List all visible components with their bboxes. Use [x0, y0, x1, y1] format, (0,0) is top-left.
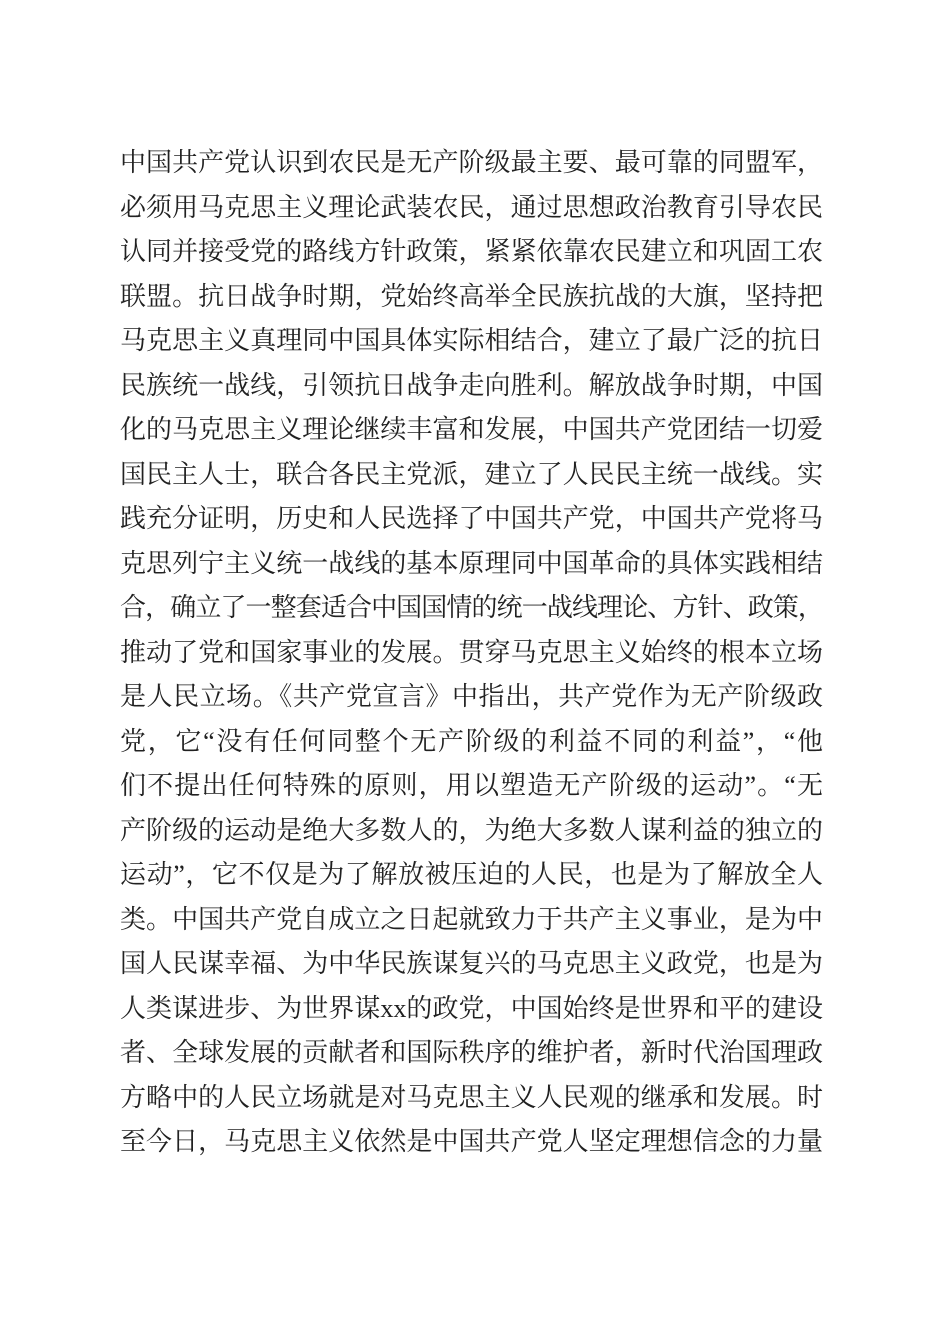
paragraph-text-block: 中国共产党认识到农民是无产阶级最主要、最可靠的同盟军， 必须用马克思主义理论武装… [120, 141, 823, 1165]
text-line: 人类谋进步、为世界谋xx的政党，中国始终是世界和平的建设 [120, 987, 823, 1032]
text-line: 马克思主义真理同中国具体实际相结合，建立了最广泛的抗日 [120, 319, 823, 364]
text-line: 国人民谋幸福、为中华民族谋复兴的马克思主义政党，也是为 [120, 942, 823, 987]
text-line: 是人民立场。《共产党宣言》中指出，共产党作为无产阶级政 [120, 675, 823, 720]
text-line: 类。中国共产党自成立之日起就致力于共产主义事业，是为中 [120, 898, 823, 943]
text-line: 必须用马克思主义理论武装农民，通过思想政治教育引导农民 [120, 186, 823, 231]
text-line: 国民主人士，联合各民主党派，建立了人民民主统一战线。实 [120, 453, 823, 498]
text-line: 至今日，马克思主义依然是中国共产党人坚定理想信念的力量 [120, 1120, 823, 1165]
text-line: 方略中的人民立场就是对马克思主义人民观的继承和发展。时 [120, 1076, 823, 1121]
text-line: 克思列宁主义统一战线的基本原理同中国革命的具体实践相结 [120, 542, 823, 587]
text-line: 推动了党和国家事业的发展。贯穿马克思主义始终的根本立场 [120, 631, 823, 676]
text-line: 合，确立了一整套适合中国国情的统一战线理论、方针、政策， [120, 586, 823, 631]
text-line: 认同并接受党的路线方针政策，紧紧依靠农民建立和巩固工农 [120, 230, 823, 275]
document-page: 中国共产党认识到农民是无产阶级最主要、最可靠的同盟军， 必须用马克思主义理论武装… [0, 0, 950, 1344]
text-line: 们不提出任何特殊的原则，用以塑造无产阶级的运动”。“无 [120, 764, 823, 809]
text-line: 化的马克思主义理论继续丰富和发展，中国共产党团结一切爱 [120, 408, 823, 453]
text-line: 践充分证明，历史和人民选择了中国共产党，中国共产党将马 [120, 497, 823, 542]
text-line: 中国共产党认识到农民是无产阶级最主要、最可靠的同盟军， [120, 141, 823, 186]
text-line: 运动”，它不仅是为了解放被压迫的人民，也是为了解放全人 [120, 853, 823, 898]
text-line: 产阶级的运动是绝大多数人的，为绝大多数人谋利益的独立的 [120, 809, 823, 854]
text-line: 党，它“没有任何同整个无产阶级的利益不同的利益”，“他 [120, 720, 823, 765]
text-line: 民族统一战线，引领抗日战争走向胜利。解放战争时期，中国 [120, 364, 823, 409]
text-line: 联盟。抗日战争时期，党始终高举全民族抗战的大旗，坚持把 [120, 275, 823, 320]
text-line: 者、全球发展的贡献者和国际秩序的维护者，新时代治国理政 [120, 1031, 823, 1076]
